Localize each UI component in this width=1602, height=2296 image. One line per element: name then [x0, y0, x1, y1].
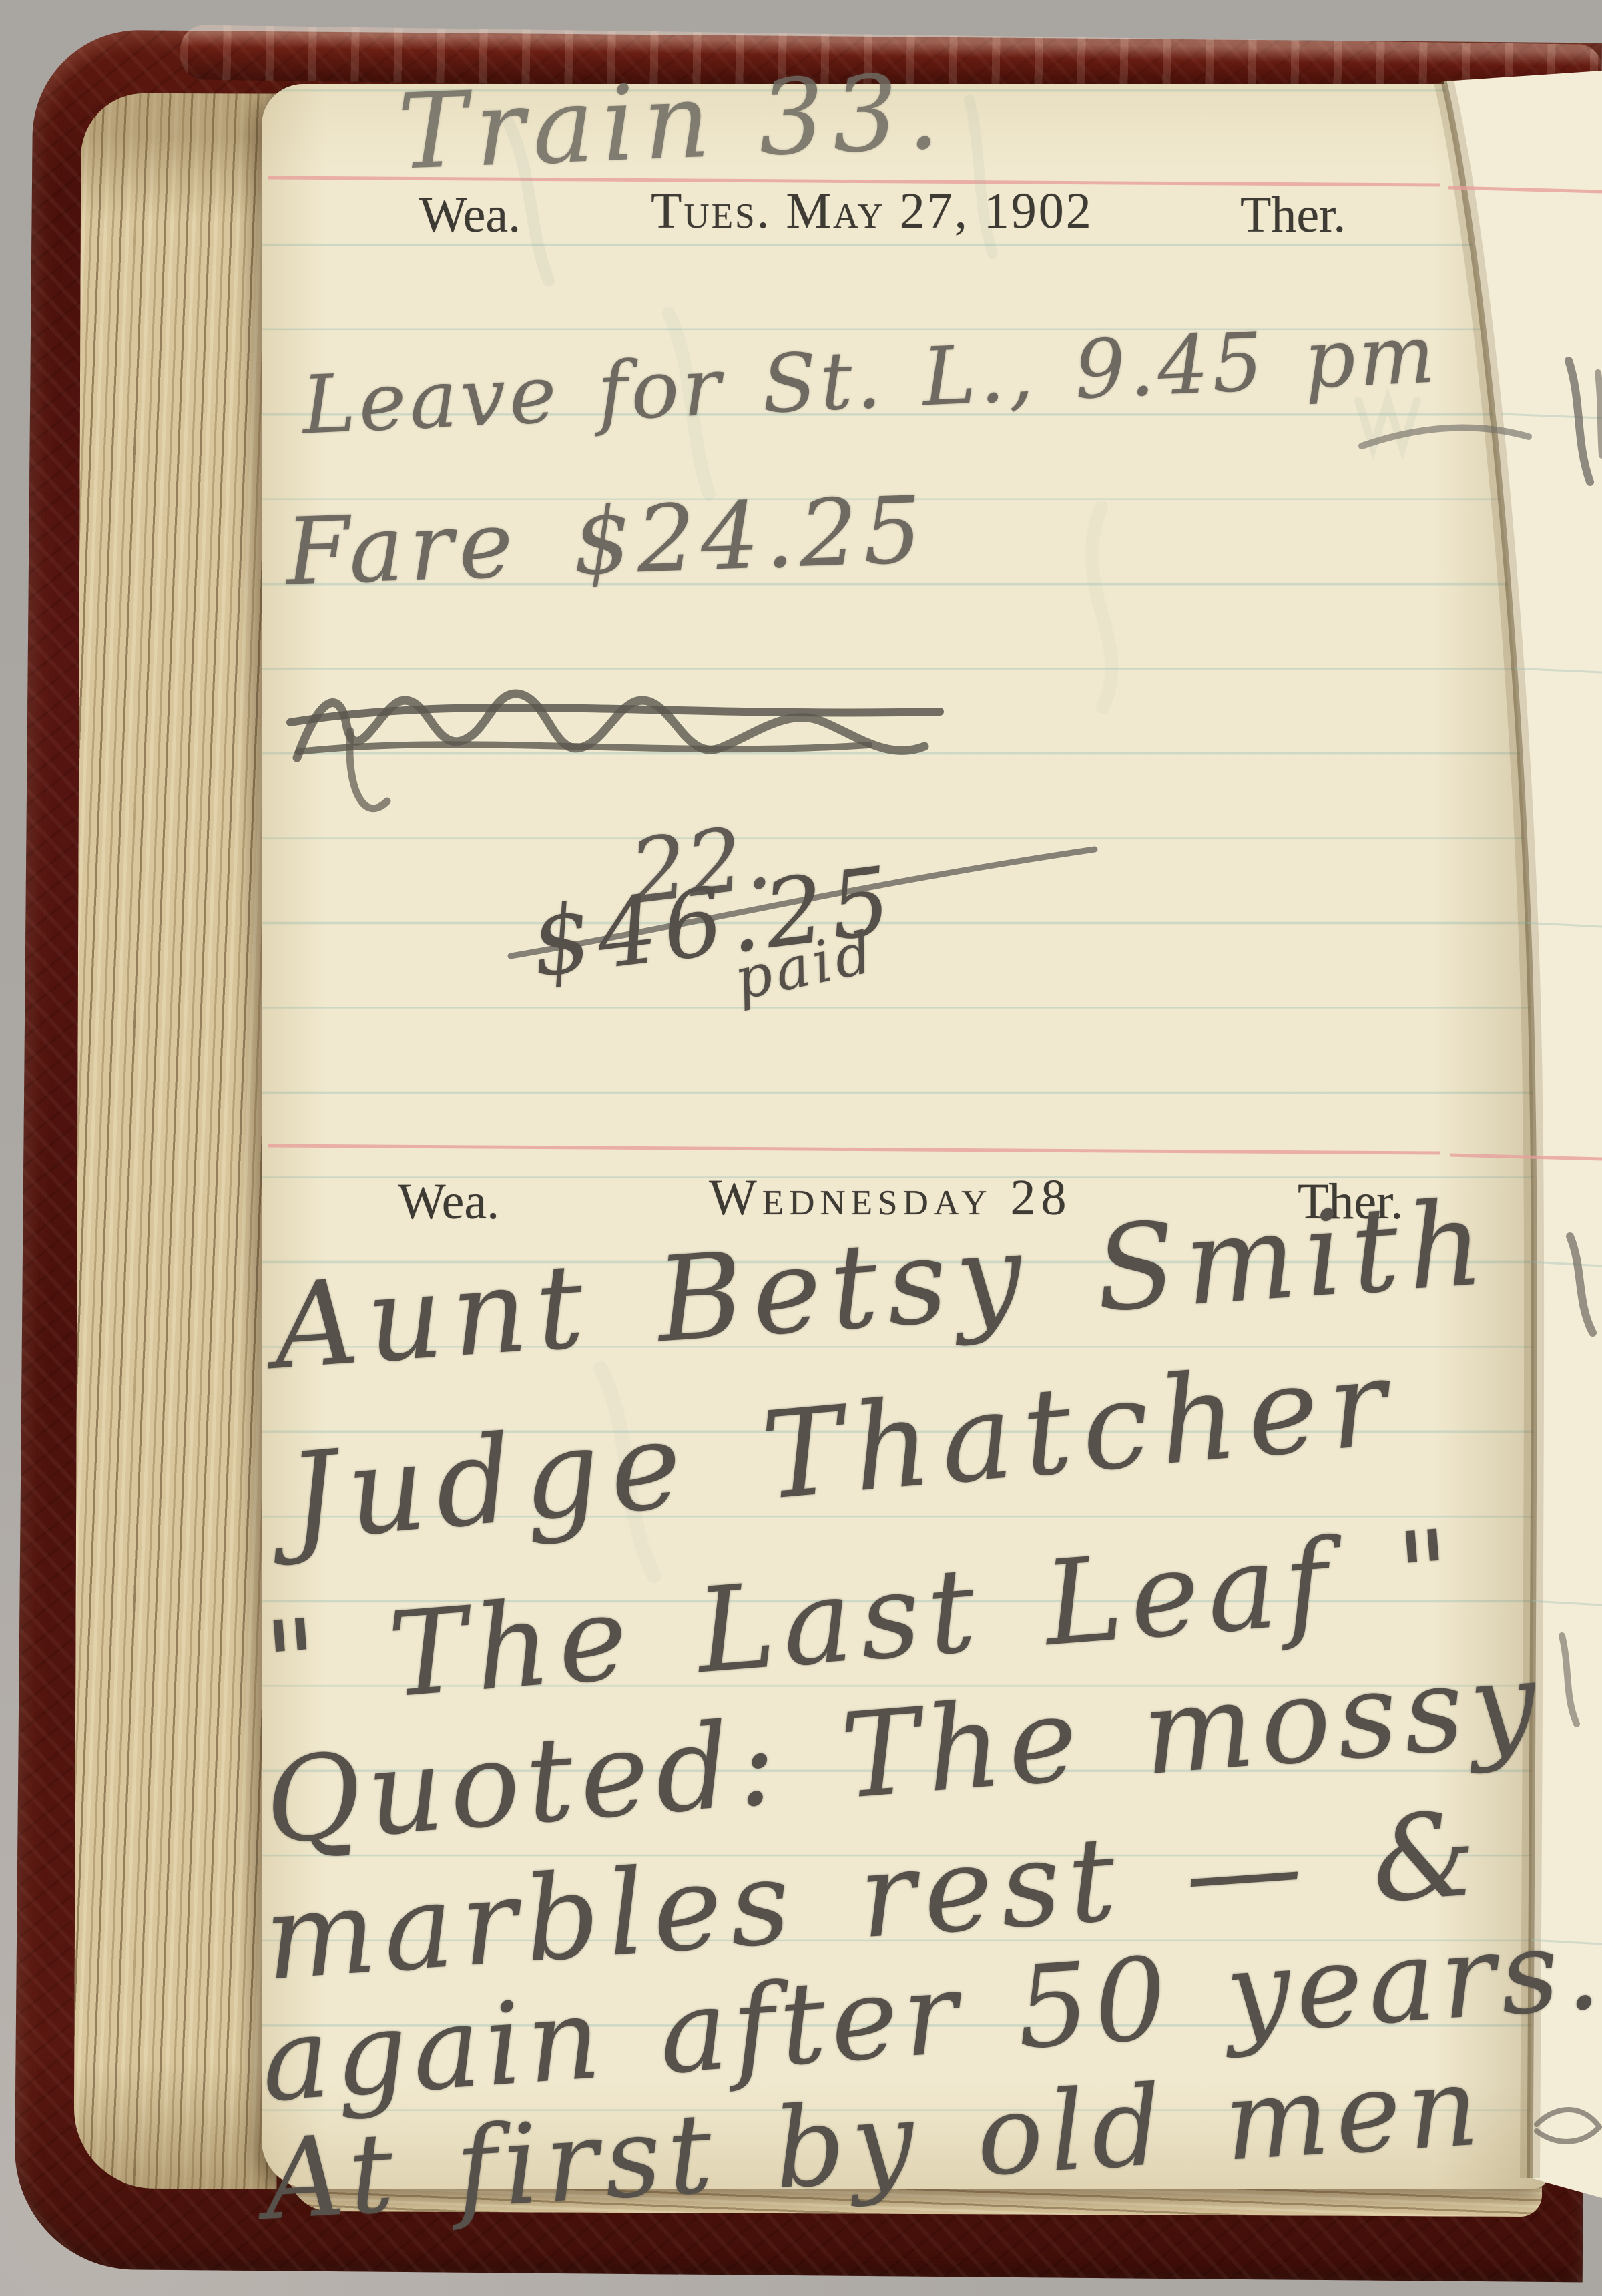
diary-photo: Train 33. Wea. Tues. May 27, 1902 Ther. …	[0, 0, 1602, 2296]
may27-date-heading: Tues. May 27, 1902	[651, 186, 1093, 236]
may28-weather-label: Wea.	[398, 1176, 499, 1227]
train-number-annotation: Train 33.	[396, 64, 949, 180]
may27-thermometer-label: Ther.	[1240, 190, 1346, 240]
may27-weather-label: Wea.	[419, 190, 521, 240]
may27-entry-line2: Fare $24.25	[284, 488, 928, 595]
page-edge-stack-left	[74, 93, 284, 2189]
